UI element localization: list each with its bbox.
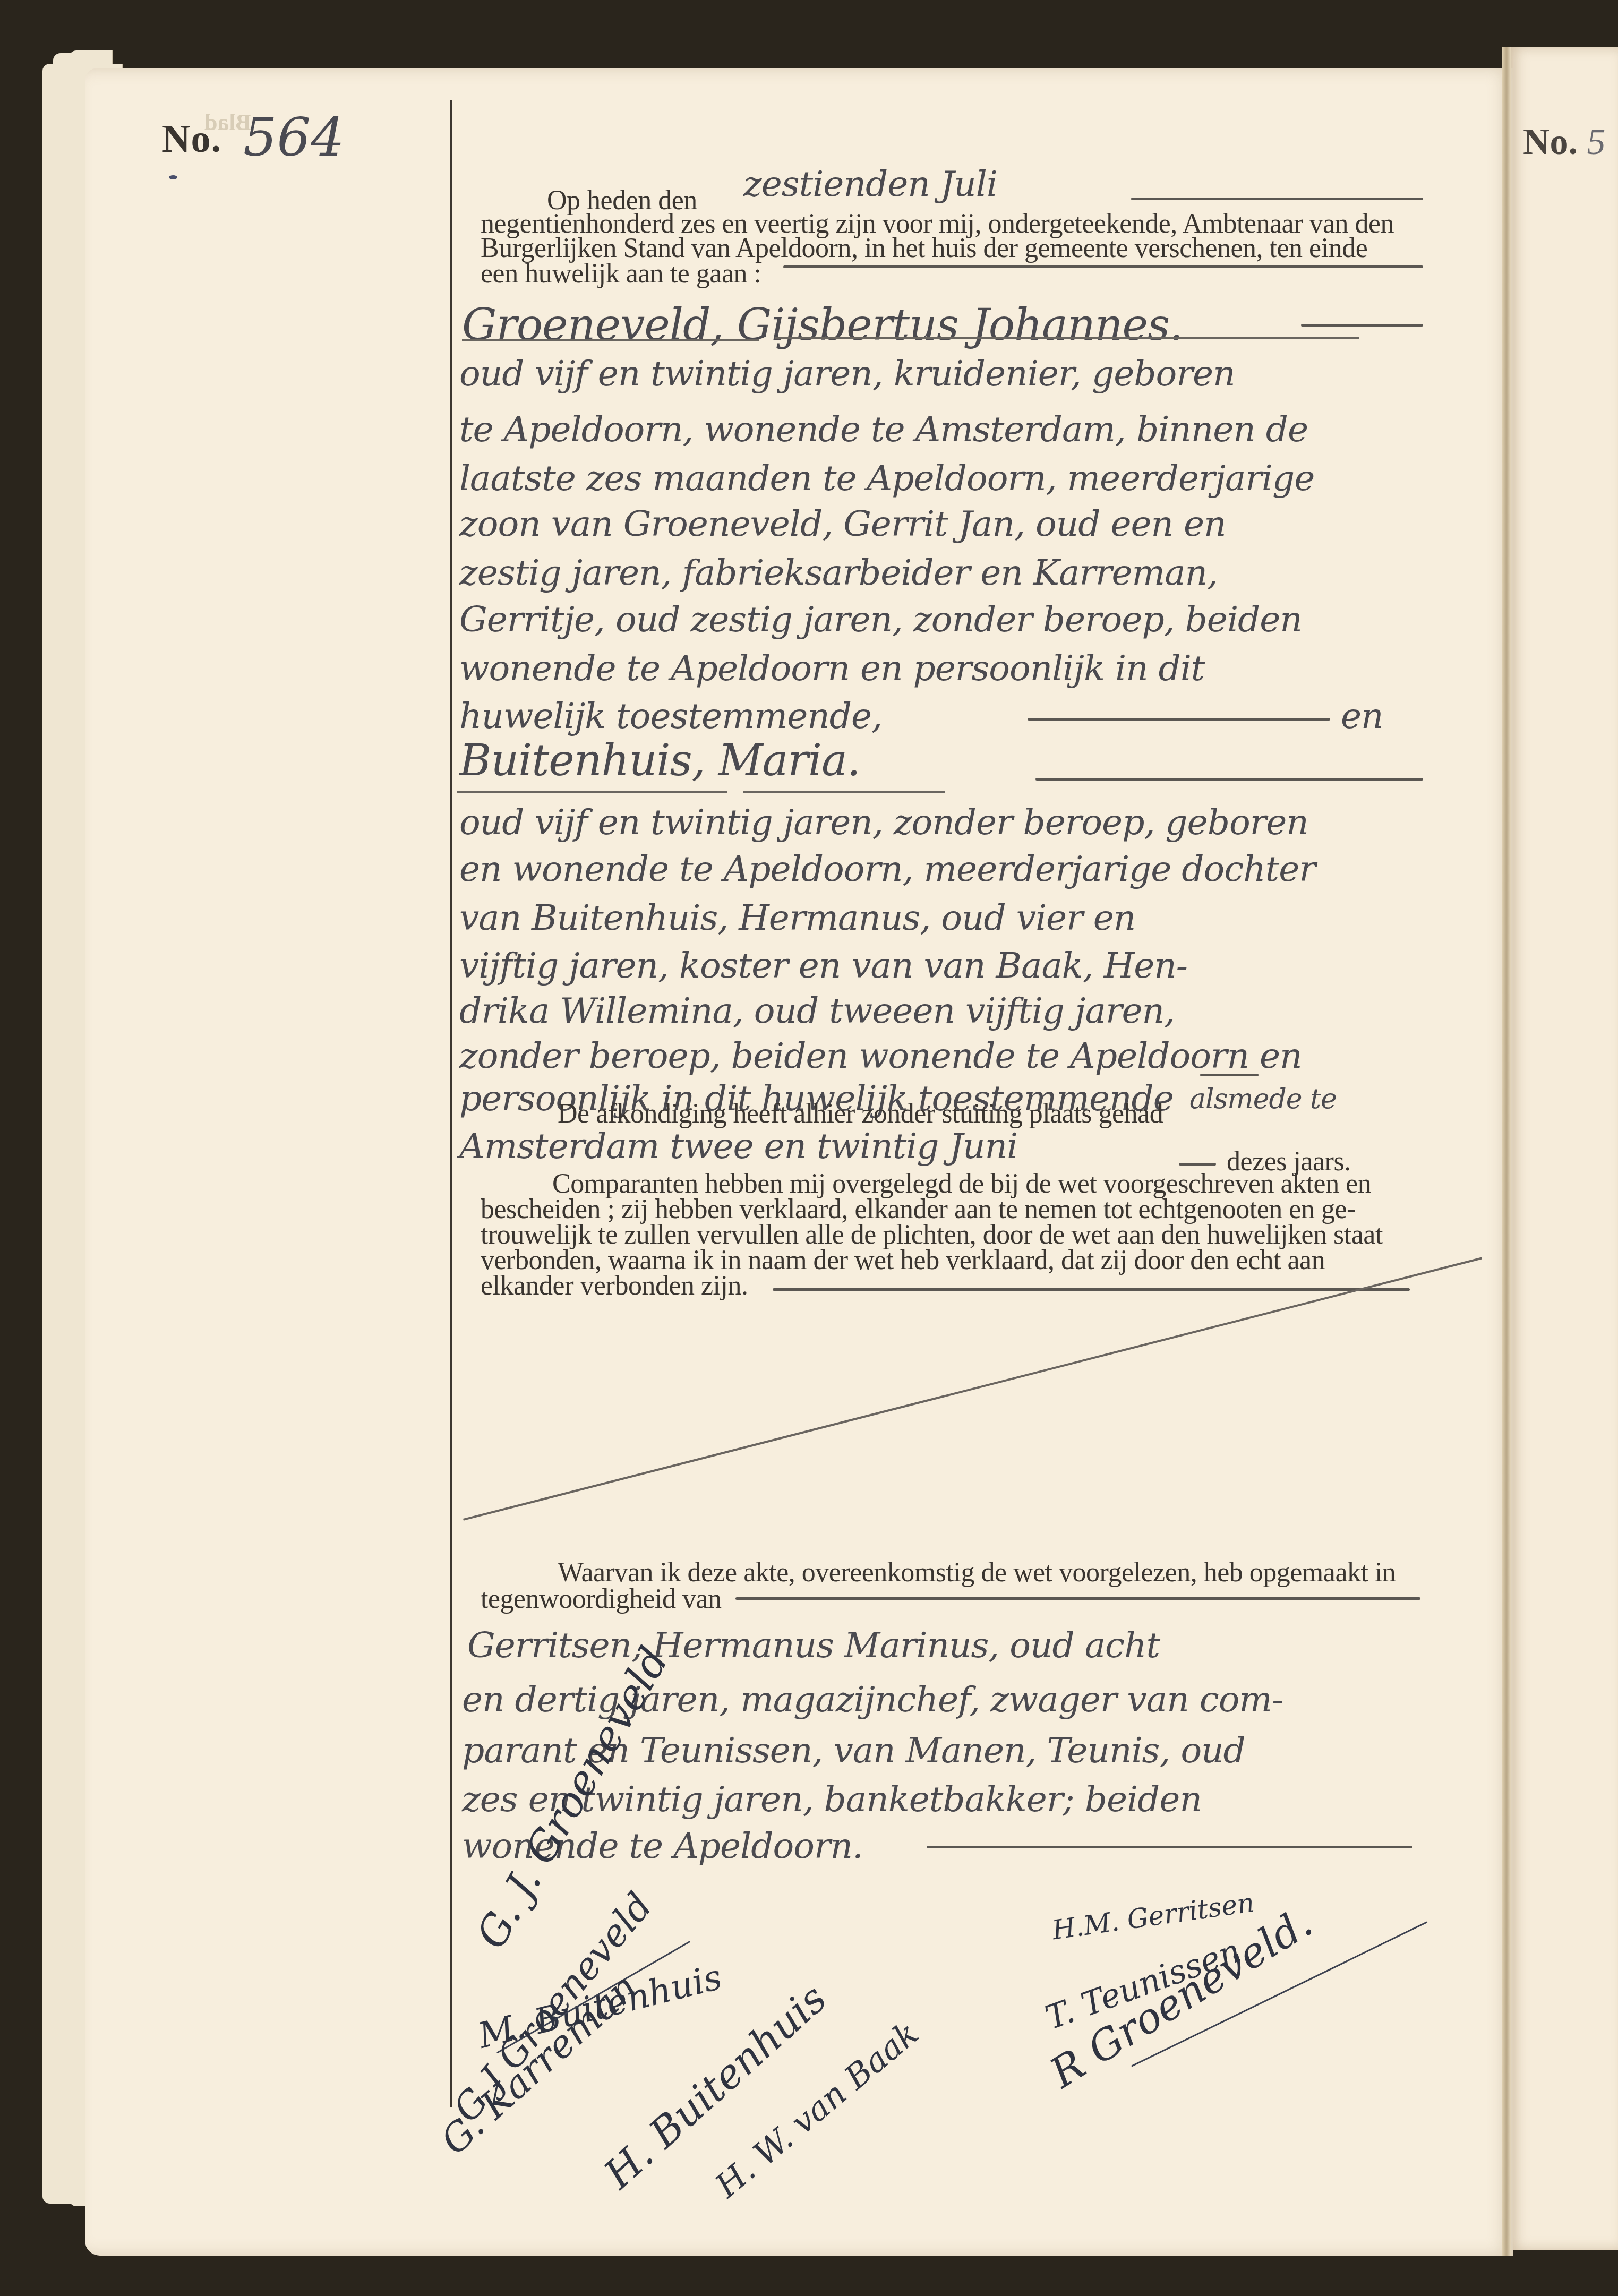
bride-line: en wonende te Apeldoorn, meerderjarige d…: [459, 849, 1315, 889]
fill-rule: [1301, 324, 1423, 327]
column-divider: [450, 100, 452, 2107]
fill-rule: [1028, 718, 1330, 721]
groom-line: huwelijk toestemmende,: [459, 696, 882, 736]
proclamation-handwritten-2: Amsterdam twee en twintig Juni: [459, 1126, 1017, 1167]
groom-line: zestig jaren, fabrieksarbeider en Karrem…: [459, 552, 1218, 593]
fill-rule: [1200, 1074, 1259, 1076]
groom-line: wonende te Apeldoorn en persoonlijk in d…: [459, 648, 1204, 689]
fill-rule: [1179, 1163, 1216, 1166]
intro-line-4: een huwelijk aan te gaan :: [481, 258, 761, 290]
declaration-line: elkander verbonden zijn.: [481, 1270, 748, 1302]
proclamation-handwritten-1: alsmede te: [1189, 1083, 1337, 1115]
groom-line: laatste zes maanden te Apeldoorn, meerde…: [459, 458, 1314, 499]
bride-line: van Buitenhuis, Hermanus, oud vier en: [459, 897, 1135, 938]
name-underline: [462, 339, 759, 341]
fill-rule: [773, 1288, 1410, 1291]
fill-rule: [1035, 778, 1423, 781]
facing-page-number: No. 5: [1523, 121, 1606, 164]
witness-line: en dertig jaren, magazijnchef, zwager va…: [462, 1679, 1283, 1720]
bride-line: drika Willemina, oud tweeen vijftig jare…: [459, 990, 1175, 1031]
name-underline: [775, 337, 1359, 339]
groom-line: zoon van Groeneveld, Gerrit Jan, oud een…: [459, 503, 1226, 544]
bride-name: Buitenhuis, Maria.: [459, 735, 860, 786]
fill-rule: [1131, 198, 1423, 200]
groom-line: te Apeldoorn, wonende te Amsterdam, binn…: [459, 409, 1308, 450]
bride-line: vijftig jaren, koster en van van Baak, H…: [459, 945, 1187, 986]
groom-name: Groeneveld, Gijsbertus Johannes.: [462, 300, 1183, 350]
book-gutter: [1502, 47, 1511, 2256]
fill-rule: [735, 1597, 1420, 1600]
witness-line: Gerritsen, Hermanus Marinus, oud acht: [467, 1625, 1160, 1666]
fill-rule: [927, 1846, 1412, 1848]
act-number-label: No.: [162, 117, 221, 162]
name-underline: [743, 791, 945, 793]
act-number: 564: [243, 106, 345, 168]
fill-rule: [783, 265, 1423, 268]
groom-line: Gerritje, oud zestig jaren, zonder beroe…: [459, 599, 1302, 640]
date-handwritten: zestienden Juli: [743, 164, 997, 204]
ink-dot: [169, 175, 177, 179]
closing-line-2: tegenwoordigheid van: [481, 1583, 722, 1615]
proclamation-printed: De afkondiging heeft alhier zonder stuit…: [558, 1098, 1163, 1130]
name-underline: [457, 791, 727, 793]
bride-line: oud vijf en twintig jaren, zonder beroep…: [459, 802, 1308, 843]
groom-line: oud vijf en twintig jaren, kruidenier, g…: [459, 353, 1235, 394]
bride-line: zonder beroep, beiden wonende te Apeldoo…: [459, 1035, 1302, 1076]
conjunction: en: [1341, 696, 1383, 736]
facing-page: [1508, 47, 1618, 2250]
